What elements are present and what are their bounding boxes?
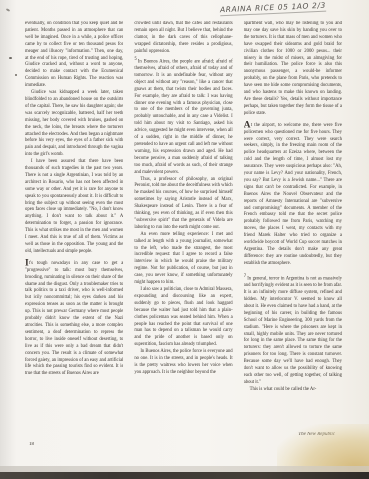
scan-speck (6, 8, 10, 12)
page-number: 18 (29, 442, 34, 447)
article-columns: eventually, on condition that you keep q… (25, 21, 342, 467)
margin-mark: 5 (134, 56, 137, 61)
paragraph: apartment wall, who may be listening to … (244, 21, 342, 118)
paragraph: 7In general, terror in Argentina is not … (244, 273, 342, 387)
paragraph: In Buenos Aires, the police force is eve… (134, 349, 232, 377)
handwritten-annotation: ARAINA RICE 05 1AO 2/3 (220, 1, 326, 17)
paragraph: At the airport, to welcome me, there wer… (244, 123, 342, 268)
margin-mark: 7 (244, 273, 247, 278)
scanned-page: ARAINA RICE 05 1AO 2/3 eventually, on co… (0, 0, 369, 479)
paragraph: It's tough nowadays in any case to get a… (25, 261, 123, 378)
paragraph: I also saw a politician, close to Admira… (134, 287, 232, 349)
scan-speck (15, 74, 17, 76)
paragraph: crowded until dawn, that the cafes and r… (134, 21, 232, 56)
paragraph: This is what could be called the Ar- (244, 387, 342, 394)
paragraph: 5In Buenos Aires, the people are afraid;… (134, 56, 232, 177)
scan-edge-dark (0, 472, 369, 479)
scan-speck (9, 57, 12, 59)
paragraph-text: t the airport, to welcome me, there were… (244, 123, 342, 266)
paragraph-text: In general, terror in Argentina is not a… (244, 276, 342, 385)
paper-stain (277, 424, 369, 472)
column-middle: crowded until dawn, that the cafes and r… (134, 21, 232, 467)
column-left: eventually, on condition that you keep q… (25, 21, 123, 467)
paragraph: eventually, on condition that you keep q… (25, 21, 123, 90)
paragraph: I have been assured that there have been… (25, 159, 123, 256)
paragraph: An even more telling experience: I met a… (134, 232, 232, 287)
paragraph: Giudice was kidnapped a week later, take… (25, 90, 123, 159)
paragraph-text: t's tough nowadays in any case to get a … (25, 261, 123, 377)
paragraph: Thus, a professor of philosophy, an orig… (134, 177, 232, 232)
column-right: apartment wall, who may be listening to … (244, 21, 342, 467)
paragraph-text: In Buenos Aires, the people are afraid; … (134, 59, 232, 175)
